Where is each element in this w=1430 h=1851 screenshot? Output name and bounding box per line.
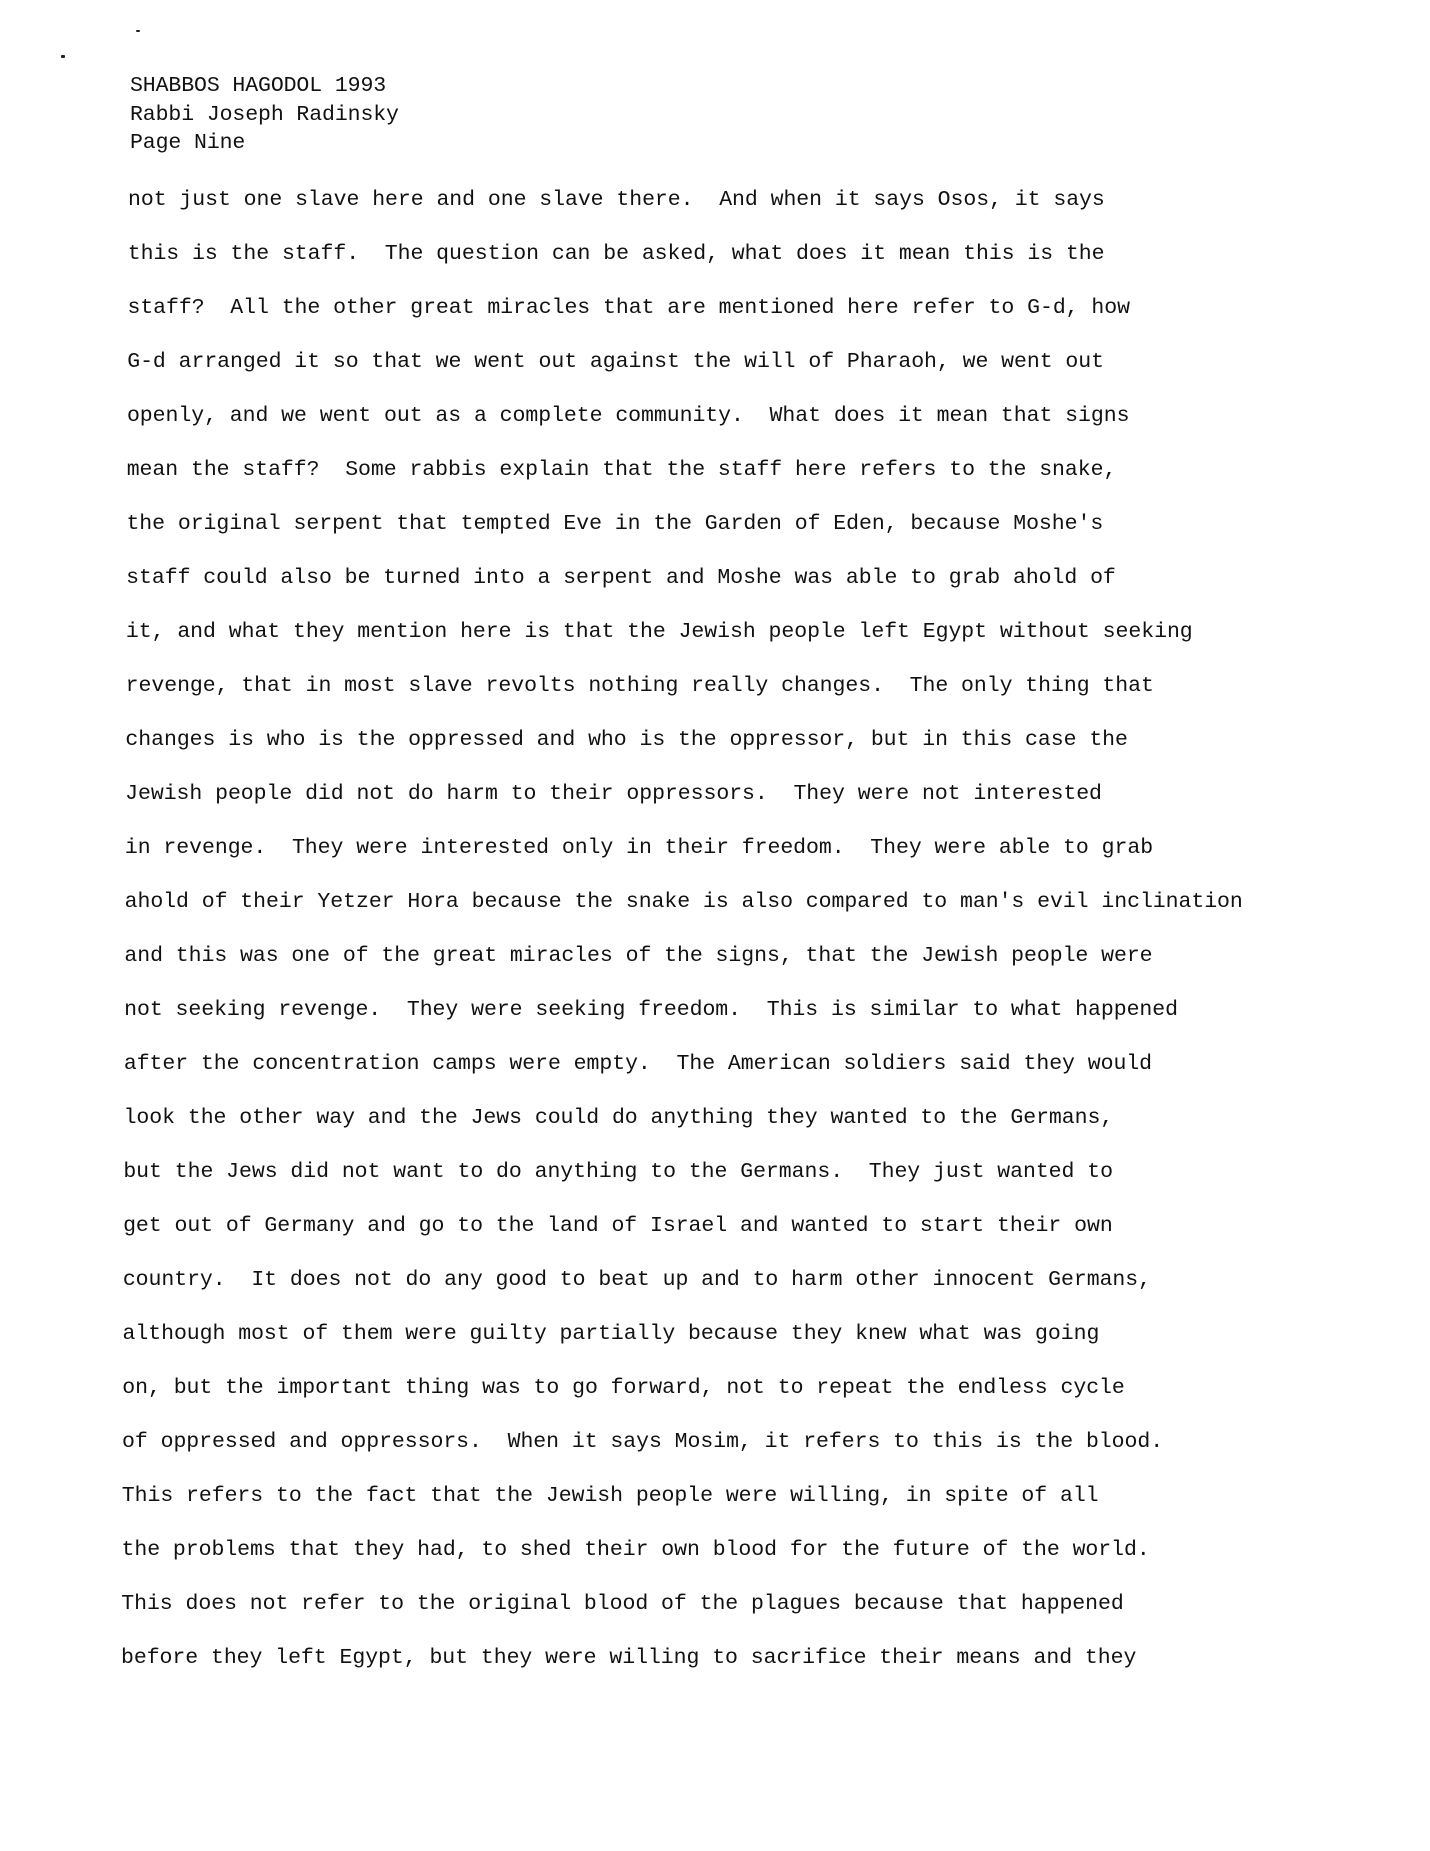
- text-line: look the other way and the Jews could do…: [124, 1104, 1114, 1132]
- text-line: but the Jews did not want to do anything…: [123, 1158, 1113, 1186]
- text-line: This refers to the fact that the Jewish …: [122, 1482, 1099, 1510]
- text-line: openly, and we went out as a complete co…: [127, 402, 1129, 430]
- text-line: Jewish people did not do harm to their o…: [125, 780, 1102, 808]
- text-line: the problems that they had, to shed thei…: [122, 1536, 1150, 1564]
- text-line: staff could also be turned into a serpen…: [126, 564, 1116, 592]
- text-line: before they left Egypt, but they were wi…: [121, 1644, 1136, 1672]
- text-line: ahold of their Yetzer Hora because the s…: [125, 888, 1243, 916]
- text-line: although most of them were guilty partia…: [123, 1320, 1100, 1348]
- text-line: it, and what they mention here is that t…: [126, 618, 1193, 646]
- text-line: and this was one of the great miracles o…: [124, 942, 1152, 970]
- text-line: on, but the important thing was to go fo…: [122, 1374, 1124, 1402]
- text-line: revenge, that in most slave revolts noth…: [126, 672, 1154, 700]
- text-line: not just one slave here and one slave th…: [128, 186, 1105, 214]
- text-line: G-d arranged it so that we went out agai…: [127, 348, 1104, 376]
- text-line: mean the staff? Some rabbis explain that…: [127, 456, 1117, 484]
- text-line: country. It does not do any good to beat…: [123, 1266, 1151, 1294]
- text-line: of oppressed and oppressors. When it say…: [122, 1428, 1163, 1456]
- text-line: after the concentration camps were empty…: [124, 1050, 1152, 1078]
- text-line: staff? All the other great miracles that…: [127, 294, 1129, 322]
- text-line: the original serpent that tempted Eve in…: [126, 510, 1103, 538]
- text-line: this is the staff. The question can be a…: [128, 240, 1105, 268]
- text-line: in revenge. They were interested only in…: [125, 834, 1153, 862]
- document-body: not just one slave here and one slave th…: [0, 0, 1430, 1851]
- text-line: get out of Germany and go to the land of…: [123, 1212, 1113, 1240]
- text-line: not seeking revenge. They were seeking f…: [124, 996, 1178, 1024]
- text-line: changes is who is the oppressed and who …: [125, 726, 1127, 754]
- text-line: This does not refer to the original bloo…: [121, 1590, 1123, 1618]
